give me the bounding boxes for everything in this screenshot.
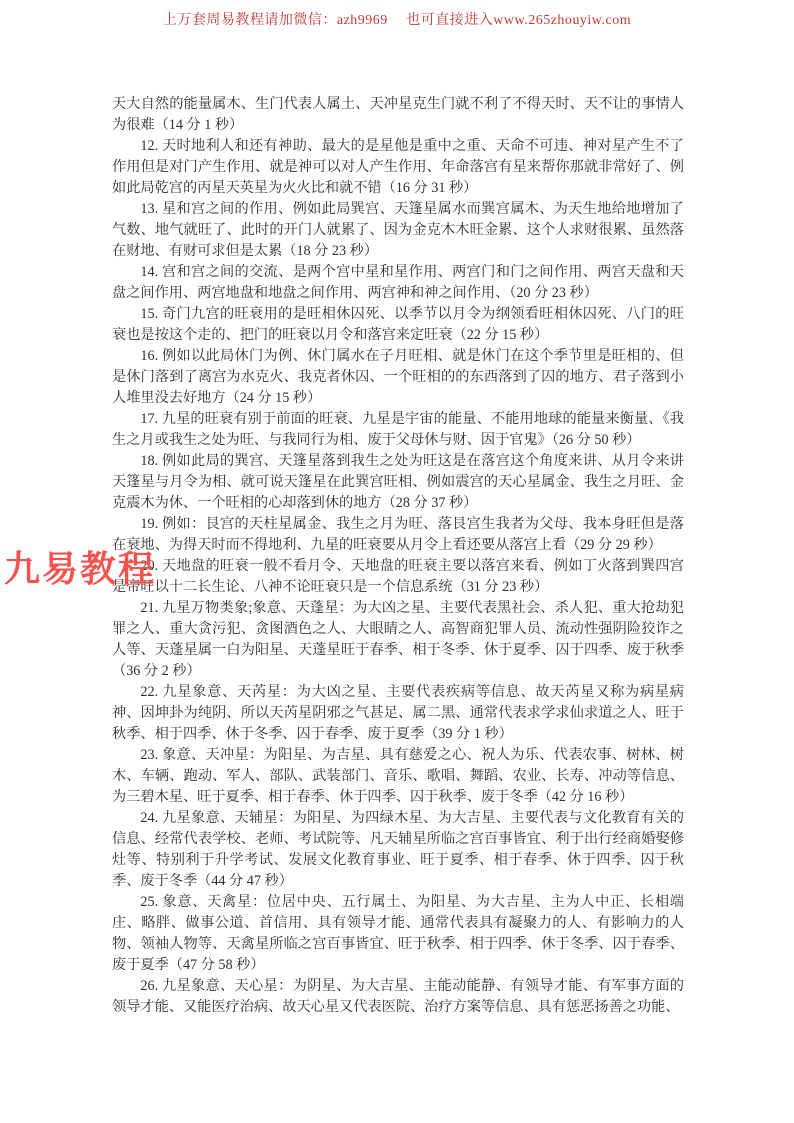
paragraph: 14. 宫和宫之间的交流、是两个宫中星和星作用、两宫门和门之间作用、两宫天盘和天… [112, 262, 684, 304]
paragraph: 16. 例如以此局休门为例、休门属水在子月旺相、就是休门在这个季节里是旺相的、但… [112, 346, 684, 409]
paragraph: 23. 象意、天冲星：为阳星、为吉星、具有慈爱之心、祝人为乐、代表农事、树林、树… [112, 745, 684, 808]
paragraph: 天大自然的能量属木、生门代表人属土、天冲星克生门就不利了不得天时、天不让的事情人… [112, 94, 684, 136]
paragraph: 26. 九星象意、天心星：为阴星、为大吉星、主能动能静、有领导才能、有军事方面的… [112, 976, 684, 1018]
paragraph: 25. 象意、天禽星：位居中央、五行属土、为阳星、为大吉星、主为人中正、长相端庄… [112, 892, 684, 976]
paragraph: 15. 奇门九宫的旺衰用的是旺相休囚死、以季节以月令为纲领看旺相休囚死、八门的旺… [112, 304, 684, 346]
document-body: 天大自然的能量属木、生门代表人属土、天冲星克生门就不利了不得天时、天不让的事情人… [112, 94, 684, 1018]
paragraph: 24. 九星象意、天辅星：为阳星、为四绿木星、为大吉星、主要代表与文化教育有关的… [112, 808, 684, 892]
paragraph: 20. 天地盘的旺衰一般不看月令、天地盘的旺衰主要以落宫来看、例如丁火落到巽四宫… [112, 556, 684, 598]
paragraph: 22. 九星象意、天芮星：为大凶之星、主要代表疾病等信息、故天芮星又称为病星病神… [112, 682, 684, 745]
paragraph: 12. 天时地利人和还有神助、最大的是星他是重中之重、天命不可违、神对星产生不了… [112, 136, 684, 199]
paragraph: 17. 九星的旺衰有别于前面的旺衰、九星是宇宙的能量、不能用地球的能量来衡量、《… [112, 409, 684, 451]
paragraph: 21. 九星万物类象;象意、天蓬星：为大凶之星、主要代表黑社会、杀人犯、重大抢劫… [112, 598, 684, 682]
document-page: 上万套周易教程请加微信：azh9969 也可直接进入www.265zhouyiw… [0, 0, 794, 1123]
paragraph: 18. 例如此局的巽宫、天篷星落到我生之处为旺这是在落宫这个角度来讲、从月令来讲… [112, 451, 684, 514]
paragraph: 19. 例如：艮宫的天柱星属金、我生之月为旺、落艮宫生我者为父母、我本身旺但是落… [112, 514, 684, 556]
header-promo-text: 上万套周易教程请加微信：azh9969 也可直接进入www.265zhouyiw… [0, 9, 794, 29]
paragraph: 13. 星和宫之间的作用、例如此局巽宫、天篷星属水而巽宫属木、为天生地给地增加了… [112, 199, 684, 262]
